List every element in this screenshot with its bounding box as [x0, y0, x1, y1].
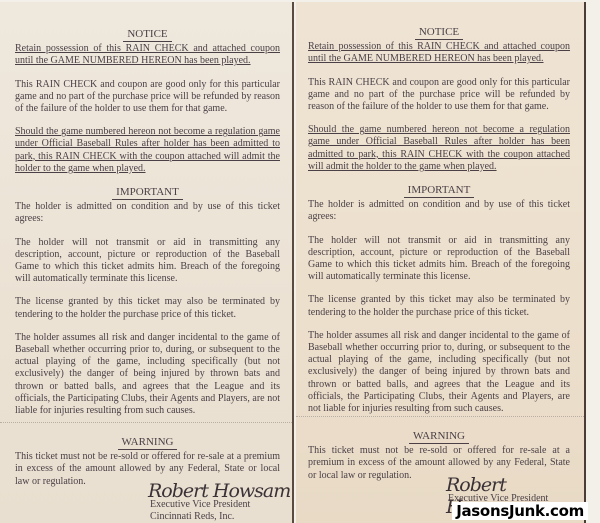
signer-title: Executive Vice President	[150, 499, 250, 511]
notice-heading: NOTICE	[15, 28, 280, 40]
notice-paragraph-3: Should the game numbered hereon not beco…	[308, 124, 570, 173]
important-paragraph-1: The holder is admitted on condition and …	[308, 199, 570, 223]
important-heading: IMPORTANT	[15, 186, 280, 198]
watermark: JasonsJunk.com	[452, 502, 588, 520]
ticket-body: NOTICE Retain possession of this RAIN CH…	[15, 28, 280, 428]
perforation-line	[296, 416, 584, 417]
ticket-left: NOTICE Retain possession of this RAIN CH…	[0, 2, 294, 523]
notice-paragraph-1: Retain possession of this RAIN CHECK and…	[308, 41, 570, 65]
notice-paragraph-3: Should the game numbered hereon not beco…	[15, 126, 280, 175]
notice-paragraph-1: Retain possession of this RAIN CHECK and…	[15, 43, 280, 67]
important-paragraph-4: The holder assumes all risk and danger i…	[15, 332, 280, 417]
warning-heading: WARNING	[308, 430, 570, 442]
important-paragraph-3: The license granted by this ticket may a…	[15, 296, 280, 320]
warning-heading: WARNING	[15, 436, 280, 448]
important-paragraph-3: The license granted by this ticket may a…	[308, 294, 570, 318]
important-paragraph-4: The holder assumes all risk and danger i…	[308, 330, 570, 415]
signer-org: Cincinnati Reds, Inc.	[150, 511, 250, 523]
important-paragraph-1: The holder is admitted on condition and …	[15, 201, 280, 225]
important-paragraph-2: The holder will not transmit or aid in t…	[15, 237, 280, 286]
important-heading: IMPORTANT	[308, 184, 570, 196]
perforation-line	[0, 422, 292, 423]
notice-paragraph-2: This RAIN CHECK and coupon are good only…	[308, 77, 570, 114]
notice-heading: NOTICE	[308, 26, 570, 38]
signer-block: Executive Vice President Cincinnati Reds…	[150, 499, 250, 523]
ticket-body: NOTICE Retain possession of this RAIN CH…	[308, 26, 570, 426]
important-paragraph-2: The holder will not transmit or aid in t…	[308, 235, 570, 284]
ticket-right: NOTICE Retain possession of this RAIN CH…	[296, 2, 586, 523]
notice-paragraph-2: This RAIN CHECK and coupon are good only…	[15, 79, 280, 116]
